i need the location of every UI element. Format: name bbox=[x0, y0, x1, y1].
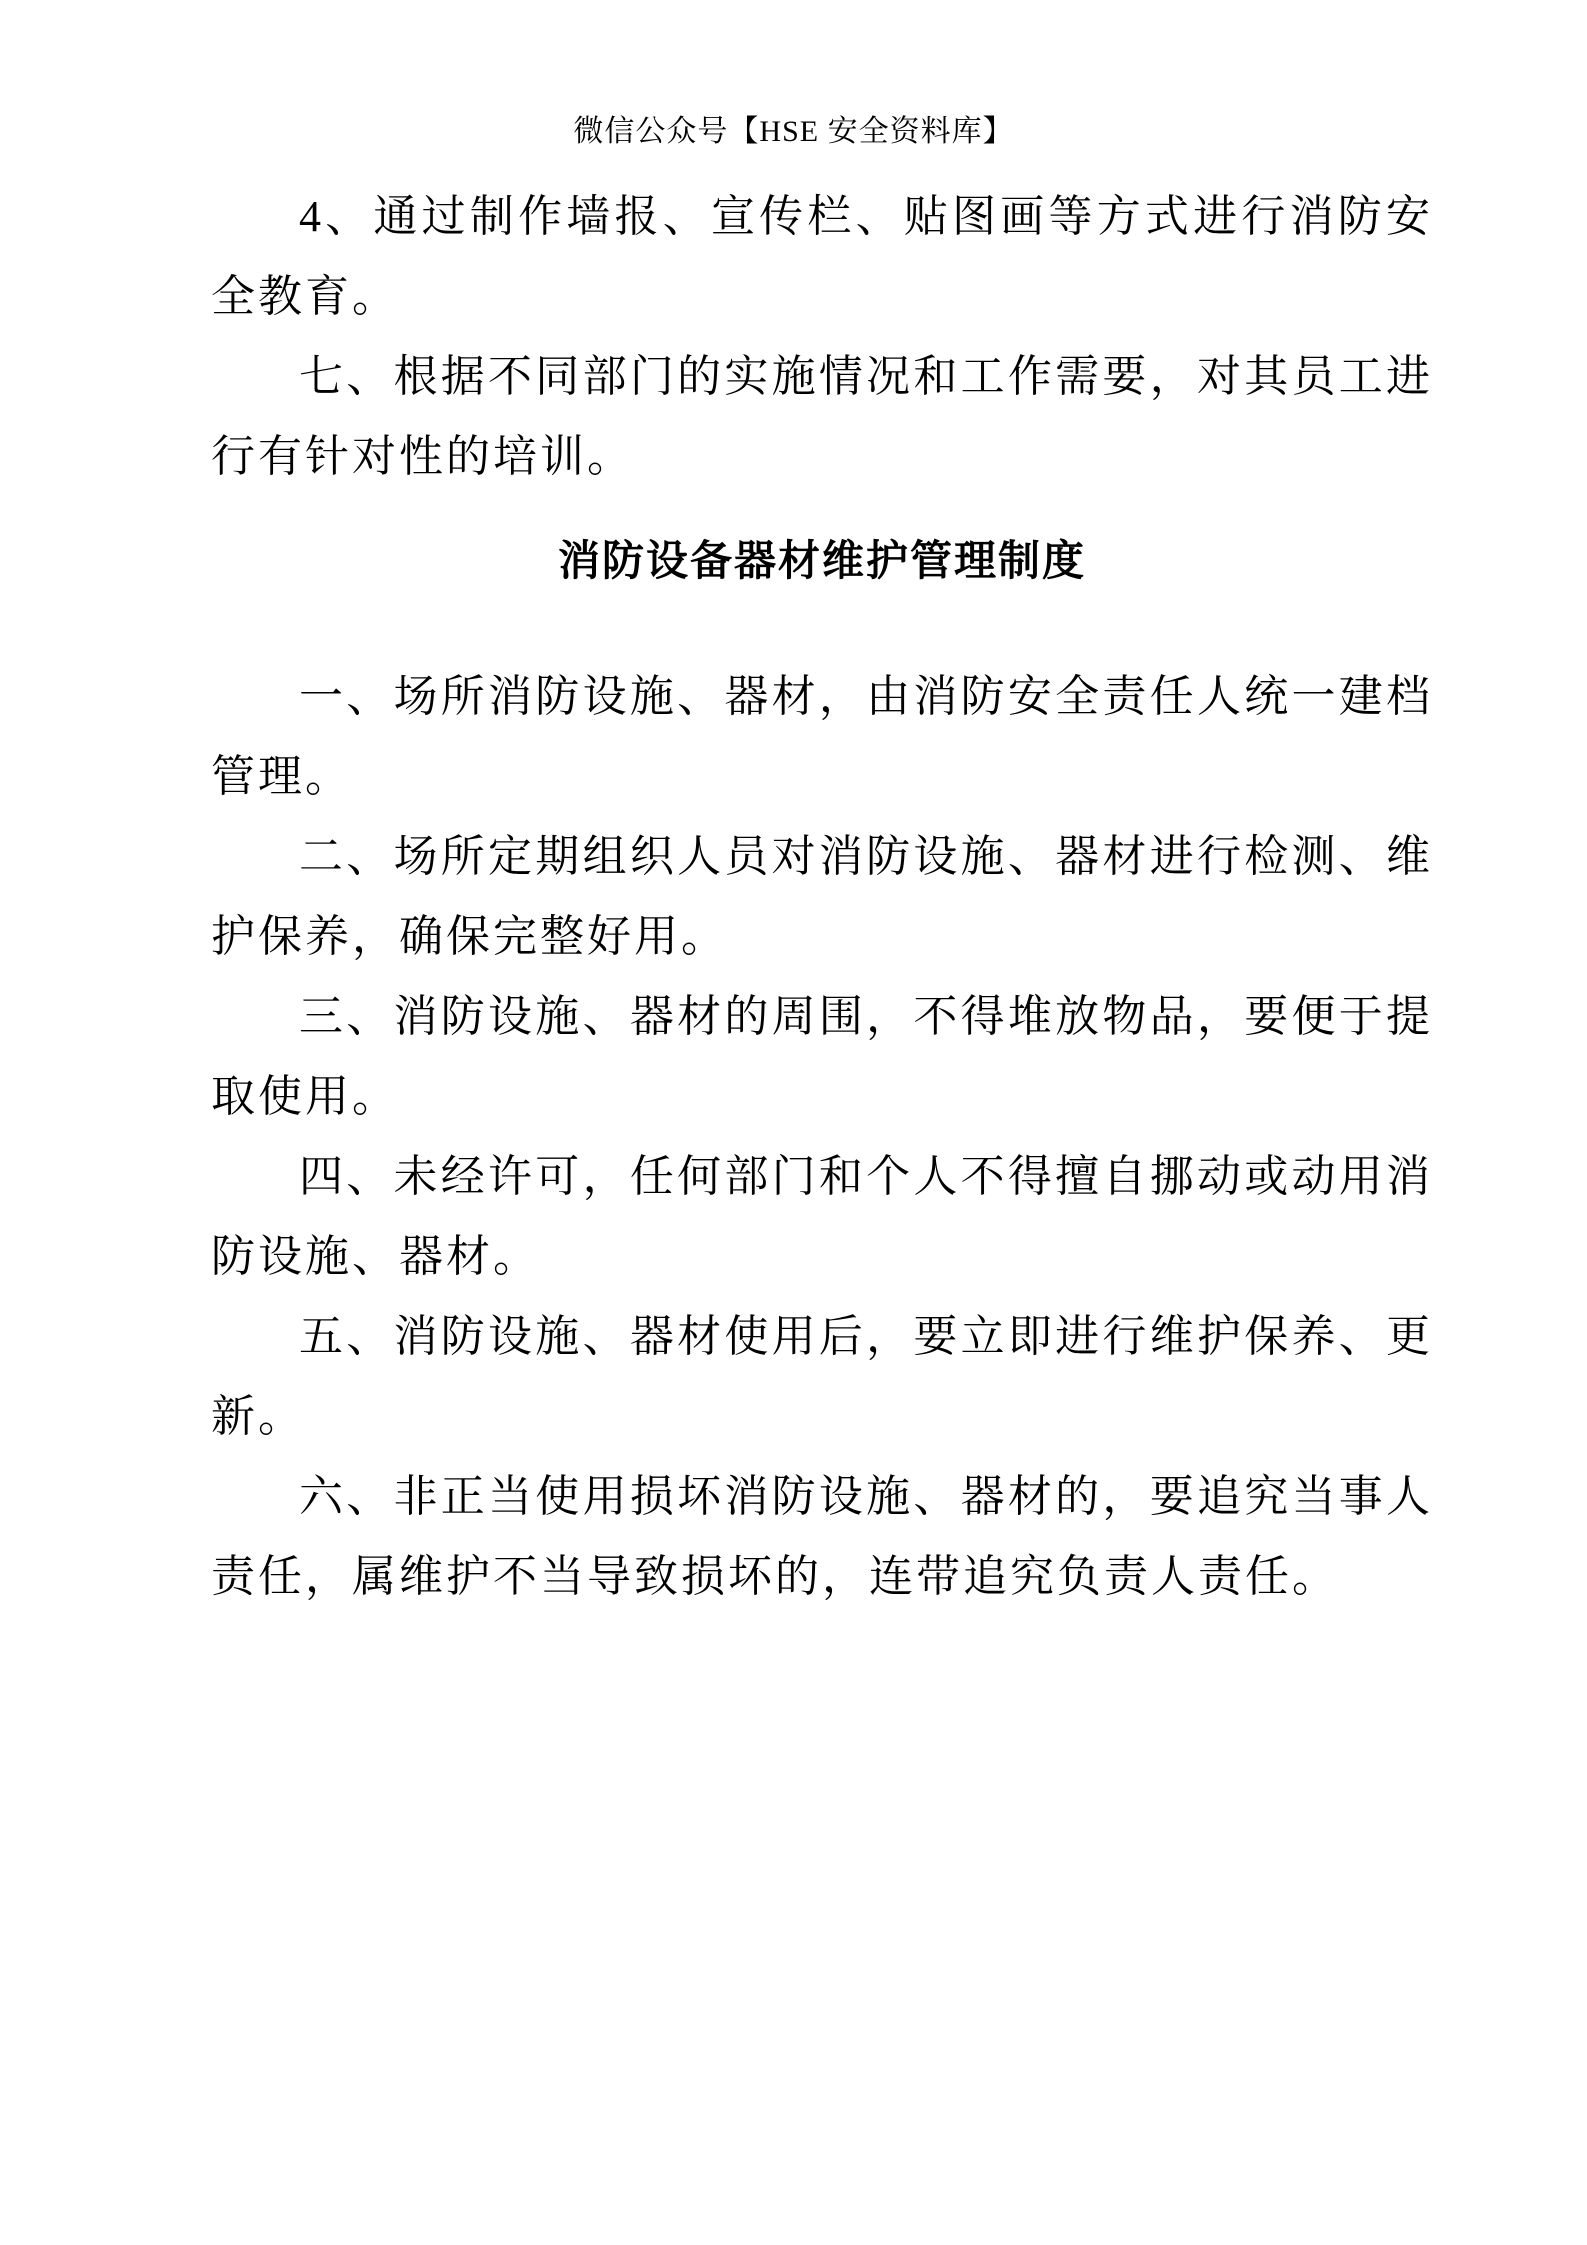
page-header: 微信公众号【HSE 安全资料库】 bbox=[0, 112, 1587, 152]
document-page: 微信公众号【HSE 安全资料库】 4、通过制作墙报、宣传栏、贴图画等方式进行消防… bbox=[0, 0, 1587, 2245]
rule-paragraph-5: 五、消防设施、器材使用后，要立即进行维护保养、更新。 bbox=[211, 1297, 1433, 1457]
paragraph-targeted-training: 七、根据不同部门的实施情况和工作需要，对其员工进行有针对性的培训。 bbox=[211, 337, 1433, 497]
document-body: 4、通过制作墙报、宣传栏、贴图画等方式进行消防安全教育。 七、根据不同部门的实施… bbox=[211, 177, 1433, 1617]
rule-paragraph-1: 一、场所消防设施、器材，由消防安全责任人统一建档管理。 bbox=[211, 657, 1433, 817]
section-title: 消防设备器材维护管理制度 bbox=[211, 521, 1433, 601]
rule-paragraph-3: 三、消防设施、器材的周围，不得堆放物品，要便于提取使用。 bbox=[211, 977, 1433, 1137]
rule-paragraph-2: 二、场所定期组织人员对消防设施、器材进行检测、维护保养，确保完整好用。 bbox=[211, 817, 1433, 977]
paragraph-fire-education: 4、通过制作墙报、宣传栏、贴图画等方式进行消防安全教育。 bbox=[211, 177, 1433, 337]
rule-paragraph-4: 四、未经许可，任何部门和个人不得擅自挪动或动用消防设施、器材。 bbox=[211, 1137, 1433, 1297]
rule-paragraph-6: 六、非正当使用损坏消防设施、器材的，要追究当事人责任，属维护不当导致损坏的，连带… bbox=[211, 1457, 1433, 1617]
